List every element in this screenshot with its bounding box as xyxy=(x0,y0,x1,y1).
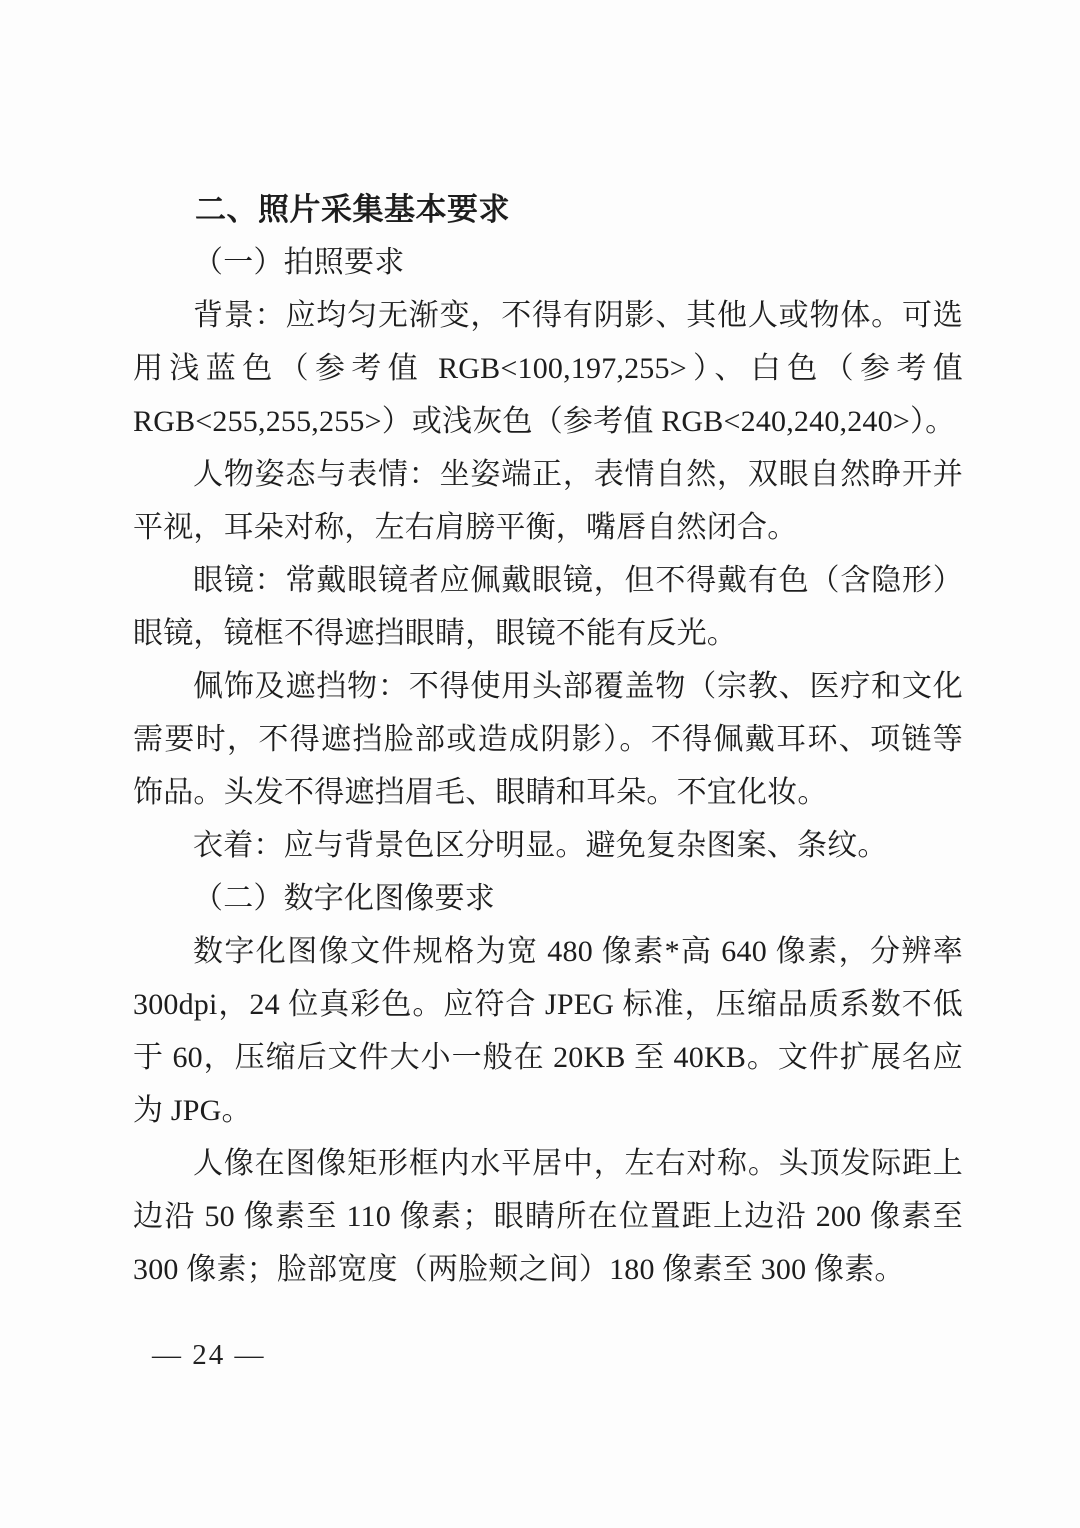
document-page: 二、照片采集基本要求 （一）拍照要求 背景：应均匀无渐变，不得有阴影、其他人或物… xyxy=(0,0,1080,1528)
paragraph-accessories: 佩饰及遮挡物：不得使用头部覆盖物（宗教、医疗和文化需要时，不得遮挡脸部或造成阴影… xyxy=(133,660,963,819)
document-content: 二、照片采集基本要求 （一）拍照要求 背景：应均匀无渐变，不得有阴影、其他人或物… xyxy=(133,183,963,1296)
paragraph-photo-requirements-title: （一）拍照要求 xyxy=(133,236,963,289)
paragraph-pose-expression: 人物姿态与表情：坐姿端正，表情自然，双眼自然睁开并平视，耳朵对称，左右肩膀平衡，… xyxy=(133,448,963,554)
paragraph-file-spec: 数字化图像文件规格为宽 480 像素*高 640 像素，分辨率 300dpi，2… xyxy=(133,925,963,1137)
paragraph-background: 背景：应均匀无渐变，不得有阴影、其他人或物体。可选用浅蓝色（参考值 RGB<10… xyxy=(133,289,963,448)
page-number: — 24 — xyxy=(152,1335,266,1375)
paragraph-portrait-position: 人像在图像矩形框内水平居中，左右对称。头顶发际距上边沿 50 像素至 110 像… xyxy=(133,1137,963,1296)
paragraph-clothing: 衣着：应与背景色区分明显。避免复杂图案、条纹。 xyxy=(133,819,963,872)
paragraph-digital-image-title: （二）数字化图像要求 xyxy=(133,872,963,925)
paragraph-glasses: 眼镜：常戴眼镜者应佩戴眼镜，但不得戴有色（含隐形）眼镜，镜框不得遮挡眼睛，眼镜不… xyxy=(133,554,963,660)
section-heading: 二、照片采集基本要求 xyxy=(133,183,963,236)
